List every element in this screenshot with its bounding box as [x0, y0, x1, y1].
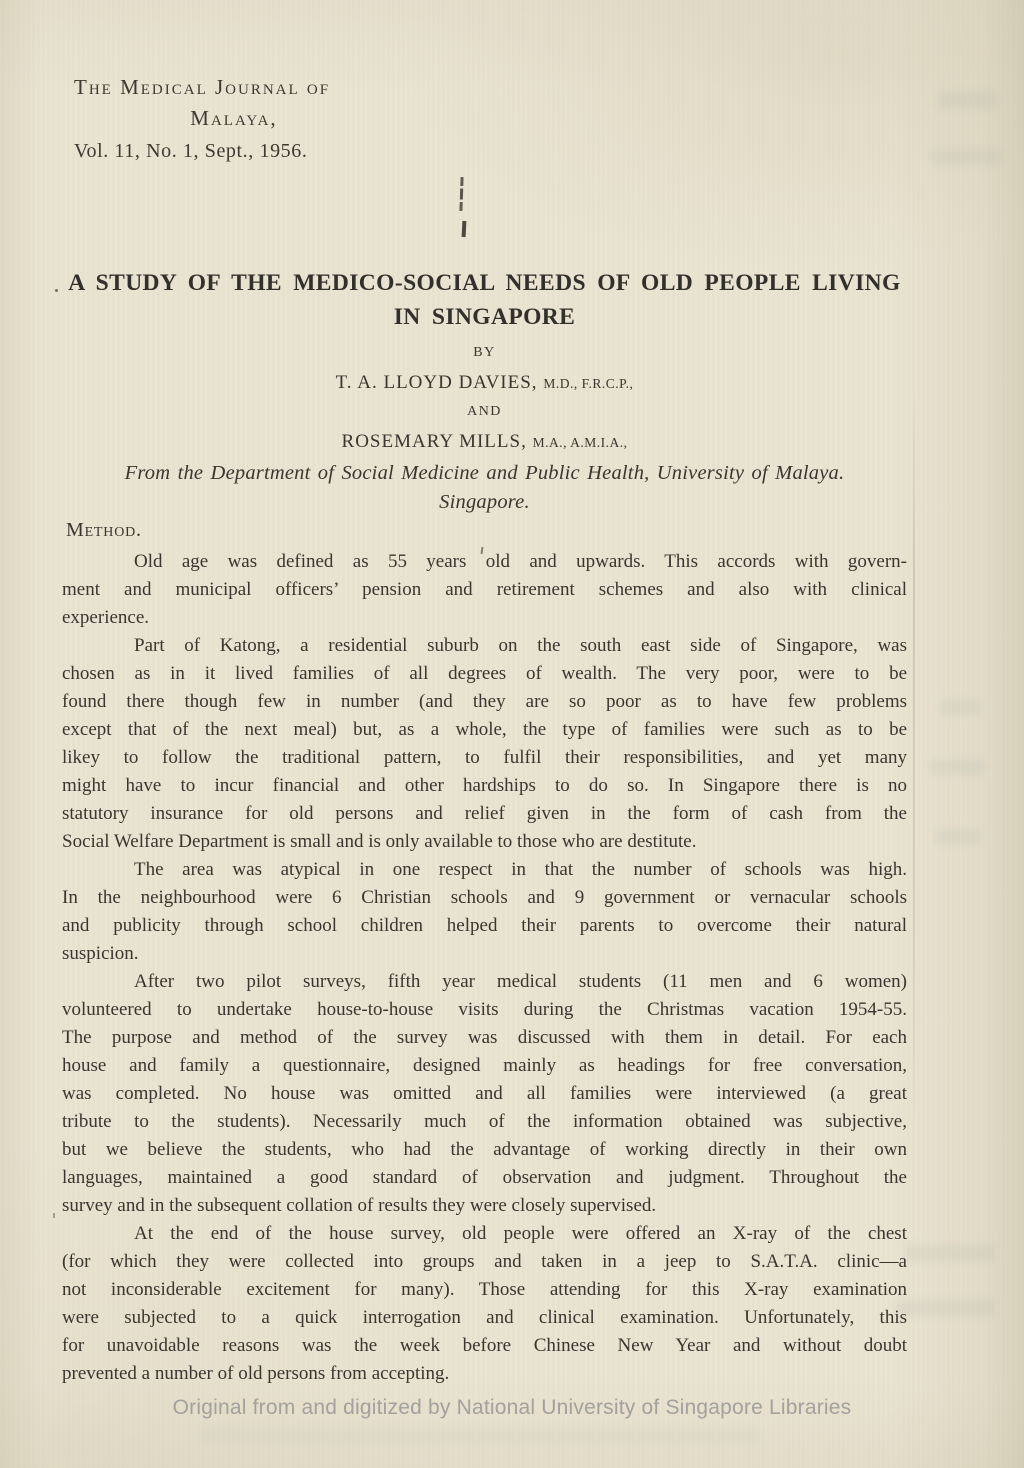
paragraph-line: experience.	[62, 604, 907, 632]
paragraph-line: statutory insurance for old persons and …	[62, 800, 907, 828]
bleed-through-smudge	[930, 760, 985, 774]
paragraph-line: languages, maintained a good standard of…	[62, 1164, 907, 1192]
paragraph-line: except that of the next meal) but, as a …	[62, 716, 907, 744]
paragraph: At the end of the house survey, old peop…	[62, 1220, 907, 1388]
paragraph-line: was completed. No house was omitted and …	[62, 1080, 907, 1108]
paragraph-line: ment and municipal officers’ pension and…	[62, 576, 907, 604]
journal-title-line1: The Medical Journal of	[74, 72, 414, 103]
paragraph-line: The purpose and method of the survey was…	[62, 1024, 907, 1052]
bleed-through-smudge	[938, 92, 996, 108]
paragraph-line: chosen as in it lived families of all de…	[62, 660, 907, 688]
paragraph-line: tribute to the students). Necessarily mu…	[62, 1108, 907, 1136]
paragraph-line: After two pilot surveys, fifth year medi…	[62, 968, 907, 996]
author-2-name: ROSEMARY MILLS,	[342, 431, 527, 452]
scanned-page: The Medical Journal of Malaya, Vol. 11, …	[0, 0, 1024, 1468]
article: A STUDY OF THE MEDICO-SOCIAL NEEDS OF OL…	[62, 266, 907, 1388]
paragraph-line: The area was atypical in one respect in …	[62, 856, 907, 884]
paragraph-line: for unavoidable reasons was the week bef…	[62, 1332, 907, 1360]
digitization-watermark: Original from and digitized by National …	[0, 1396, 1024, 1420]
journal-title-line2: Malaya,	[74, 103, 394, 134]
ink-mark-artifact	[459, 177, 463, 211]
article-body: Old age was defined as 55 years old and …	[62, 548, 907, 1388]
paragraph-line: prevented a number of old persons from a…	[62, 1360, 907, 1388]
paragraph-line: and publicity through school children he…	[62, 912, 907, 940]
paragraph-line: At the end of the house survey, old peop…	[62, 1220, 907, 1248]
author-1: T. A. LLOYD DAVIES, M.D., F.R.C.P.,	[62, 372, 907, 394]
paragraph: Part of Katong, a residential suburb on …	[62, 632, 907, 856]
paragraph: After two pilot surveys, fifth year medi…	[62, 968, 907, 1220]
bleed-through-smudge	[935, 830, 980, 844]
paragraph-line: volunteered to undertake house-to-house …	[62, 996, 907, 1024]
author-2: ROSEMARY MILLS, M.A., A.M.I.A.,	[62, 431, 907, 453]
bleed-through-smudge	[905, 1245, 995, 1261]
paragraph-line: might have to incur financial and other …	[62, 772, 907, 800]
article-title: A STUDY OF THE MEDICO-SOCIAL NEEDS OF OL…	[62, 266, 907, 334]
paragraph-line: Social Welfare Department is small and i…	[62, 828, 907, 856]
paragraph-line: Old age was defined as 55 years old and …	[62, 548, 907, 576]
paragraph: Old age was defined as 55 years old and …	[62, 548, 907, 632]
paragraph-line: likey to follow the traditional pattern,…	[62, 744, 907, 772]
paragraph-line: house and family a questionnaire, design…	[62, 1052, 907, 1080]
bleed-through-smudge	[940, 700, 980, 714]
bleed-through-smudge	[930, 150, 1000, 164]
affiliation-line1: From the Department of Social Medicine a…	[62, 459, 907, 488]
paragraph-line: (for which they were collected into grou…	[62, 1248, 907, 1276]
affiliation-line2: Singapore.	[62, 488, 907, 517]
section-heading-method: Method.	[66, 519, 907, 542]
and-label: AND	[62, 404, 907, 420]
ink-dot-artifact	[53, 1213, 55, 1218]
paragraph-line: not inconsiderable excitement for many).…	[62, 1276, 907, 1304]
author-1-degrees: M.D., F.R.C.P.,	[543, 376, 633, 391]
bleed-through-smudge	[200, 1428, 760, 1444]
paragraph-line: survey and in the subsequent collation o…	[62, 1192, 907, 1220]
paragraph-line: were subjected to a quick interrogation …	[62, 1304, 907, 1332]
ink-mark-artifact	[462, 221, 466, 237]
author-2-degrees: M.A., A.M.I.A.,	[533, 435, 628, 450]
journal-issue-line: Vol. 11, No. 1, Sept., 1956.	[74, 136, 414, 167]
article-title-line2: IN SINGAPORE	[62, 300, 907, 334]
page-crease	[913, 380, 915, 1140]
journal-header: The Medical Journal of Malaya, Vol. 11, …	[74, 72, 414, 167]
paragraph-line: found there though few in number (and th…	[62, 688, 907, 716]
author-1-name: T. A. LLOYD DAVIES,	[336, 372, 538, 393]
affiliation: From the Department of Social Medicine a…	[62, 459, 907, 517]
ink-dot-artifact	[55, 289, 58, 292]
paragraph-line: In the neighbourhood were 6 Christian sc…	[62, 884, 907, 912]
paragraph: The area was atypical in one respect in …	[62, 856, 907, 968]
by-label: BY	[62, 345, 907, 361]
paragraph-line: Part of Katong, a residential suburb on …	[62, 632, 907, 660]
article-title-line1: A STUDY OF THE MEDICO-SOCIAL NEEDS OF OL…	[62, 266, 907, 300]
paragraph-line: suspicion.	[62, 940, 907, 968]
paragraph-line: but we believe the students, who had the…	[62, 1136, 907, 1164]
bleed-through-smudge	[895, 1300, 995, 1316]
